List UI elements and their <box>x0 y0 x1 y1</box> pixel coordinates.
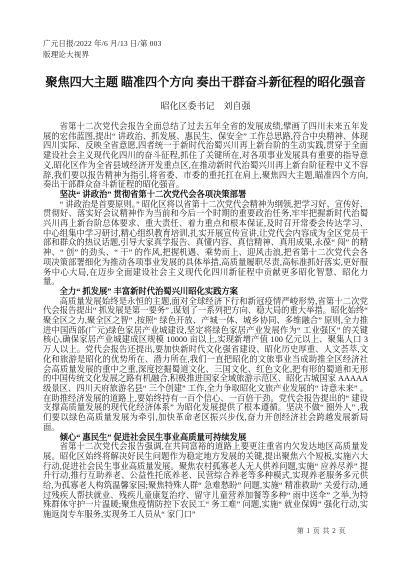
paragraph-development: 高质量发展始终是永恒的主题,面对全球经济下行和新冠疫情严峻形势,省第十二次党代会… <box>43 297 368 433</box>
paragraph-livelihood: 省第十二次党代会报告强调,在共同富裕的道路上要更注重省内欠发达地区高质量发展。昭… <box>43 442 368 520</box>
section-heading-livelihood: 倾心“ 惠民生” 促进社会民生事业高质量可持续发展 <box>43 433 368 443</box>
paragraph-politics: “ 讲政治是首要原则。” 昭化区将以省第十二次党代会精神为纲领,把学习好、宣传好… <box>43 200 368 287</box>
publication-info-line2: 版理论大视界 <box>43 49 368 60</box>
page-number-indicator: 第 1 页 共 2 页 <box>297 526 346 536</box>
publication-info: 广元日报/2022 年/6 月/13 日/第 003 版理论大视界 <box>43 38 368 60</box>
article-title: 聚焦四大主题 瞄准四个方向 奏出干群奋斗新征程的昭化强音 <box>43 73 368 90</box>
article-body: 省第十二次党代会报告全面总结了过去五年全省的发展成绩,擘画了四川未来五年发展的宏… <box>43 122 368 520</box>
document-page: 广元日报/2022 年/6 月/13 日/第 003 版理论大视界 聚焦四大主题… <box>0 0 410 580</box>
publication-info-line1: 广元日报/2022 年/6 月/13 日/第 003 <box>43 38 368 49</box>
article-byline: 昭化区委书记 刘自强 <box>43 99 368 112</box>
section-heading-development: 全力“ 抓发展” 丰富新时代治蜀兴川昭化实践方案 <box>43 287 368 297</box>
section-heading-politics: 坚决“ 讲政治” 贯彻省第十二次党代会各项决策部署 <box>43 190 368 200</box>
paragraph-intro: 省第十二次党代会报告全面总结了过去五年全省的发展成绩,擘画了四川未来五年发展的宏… <box>43 122 368 190</box>
